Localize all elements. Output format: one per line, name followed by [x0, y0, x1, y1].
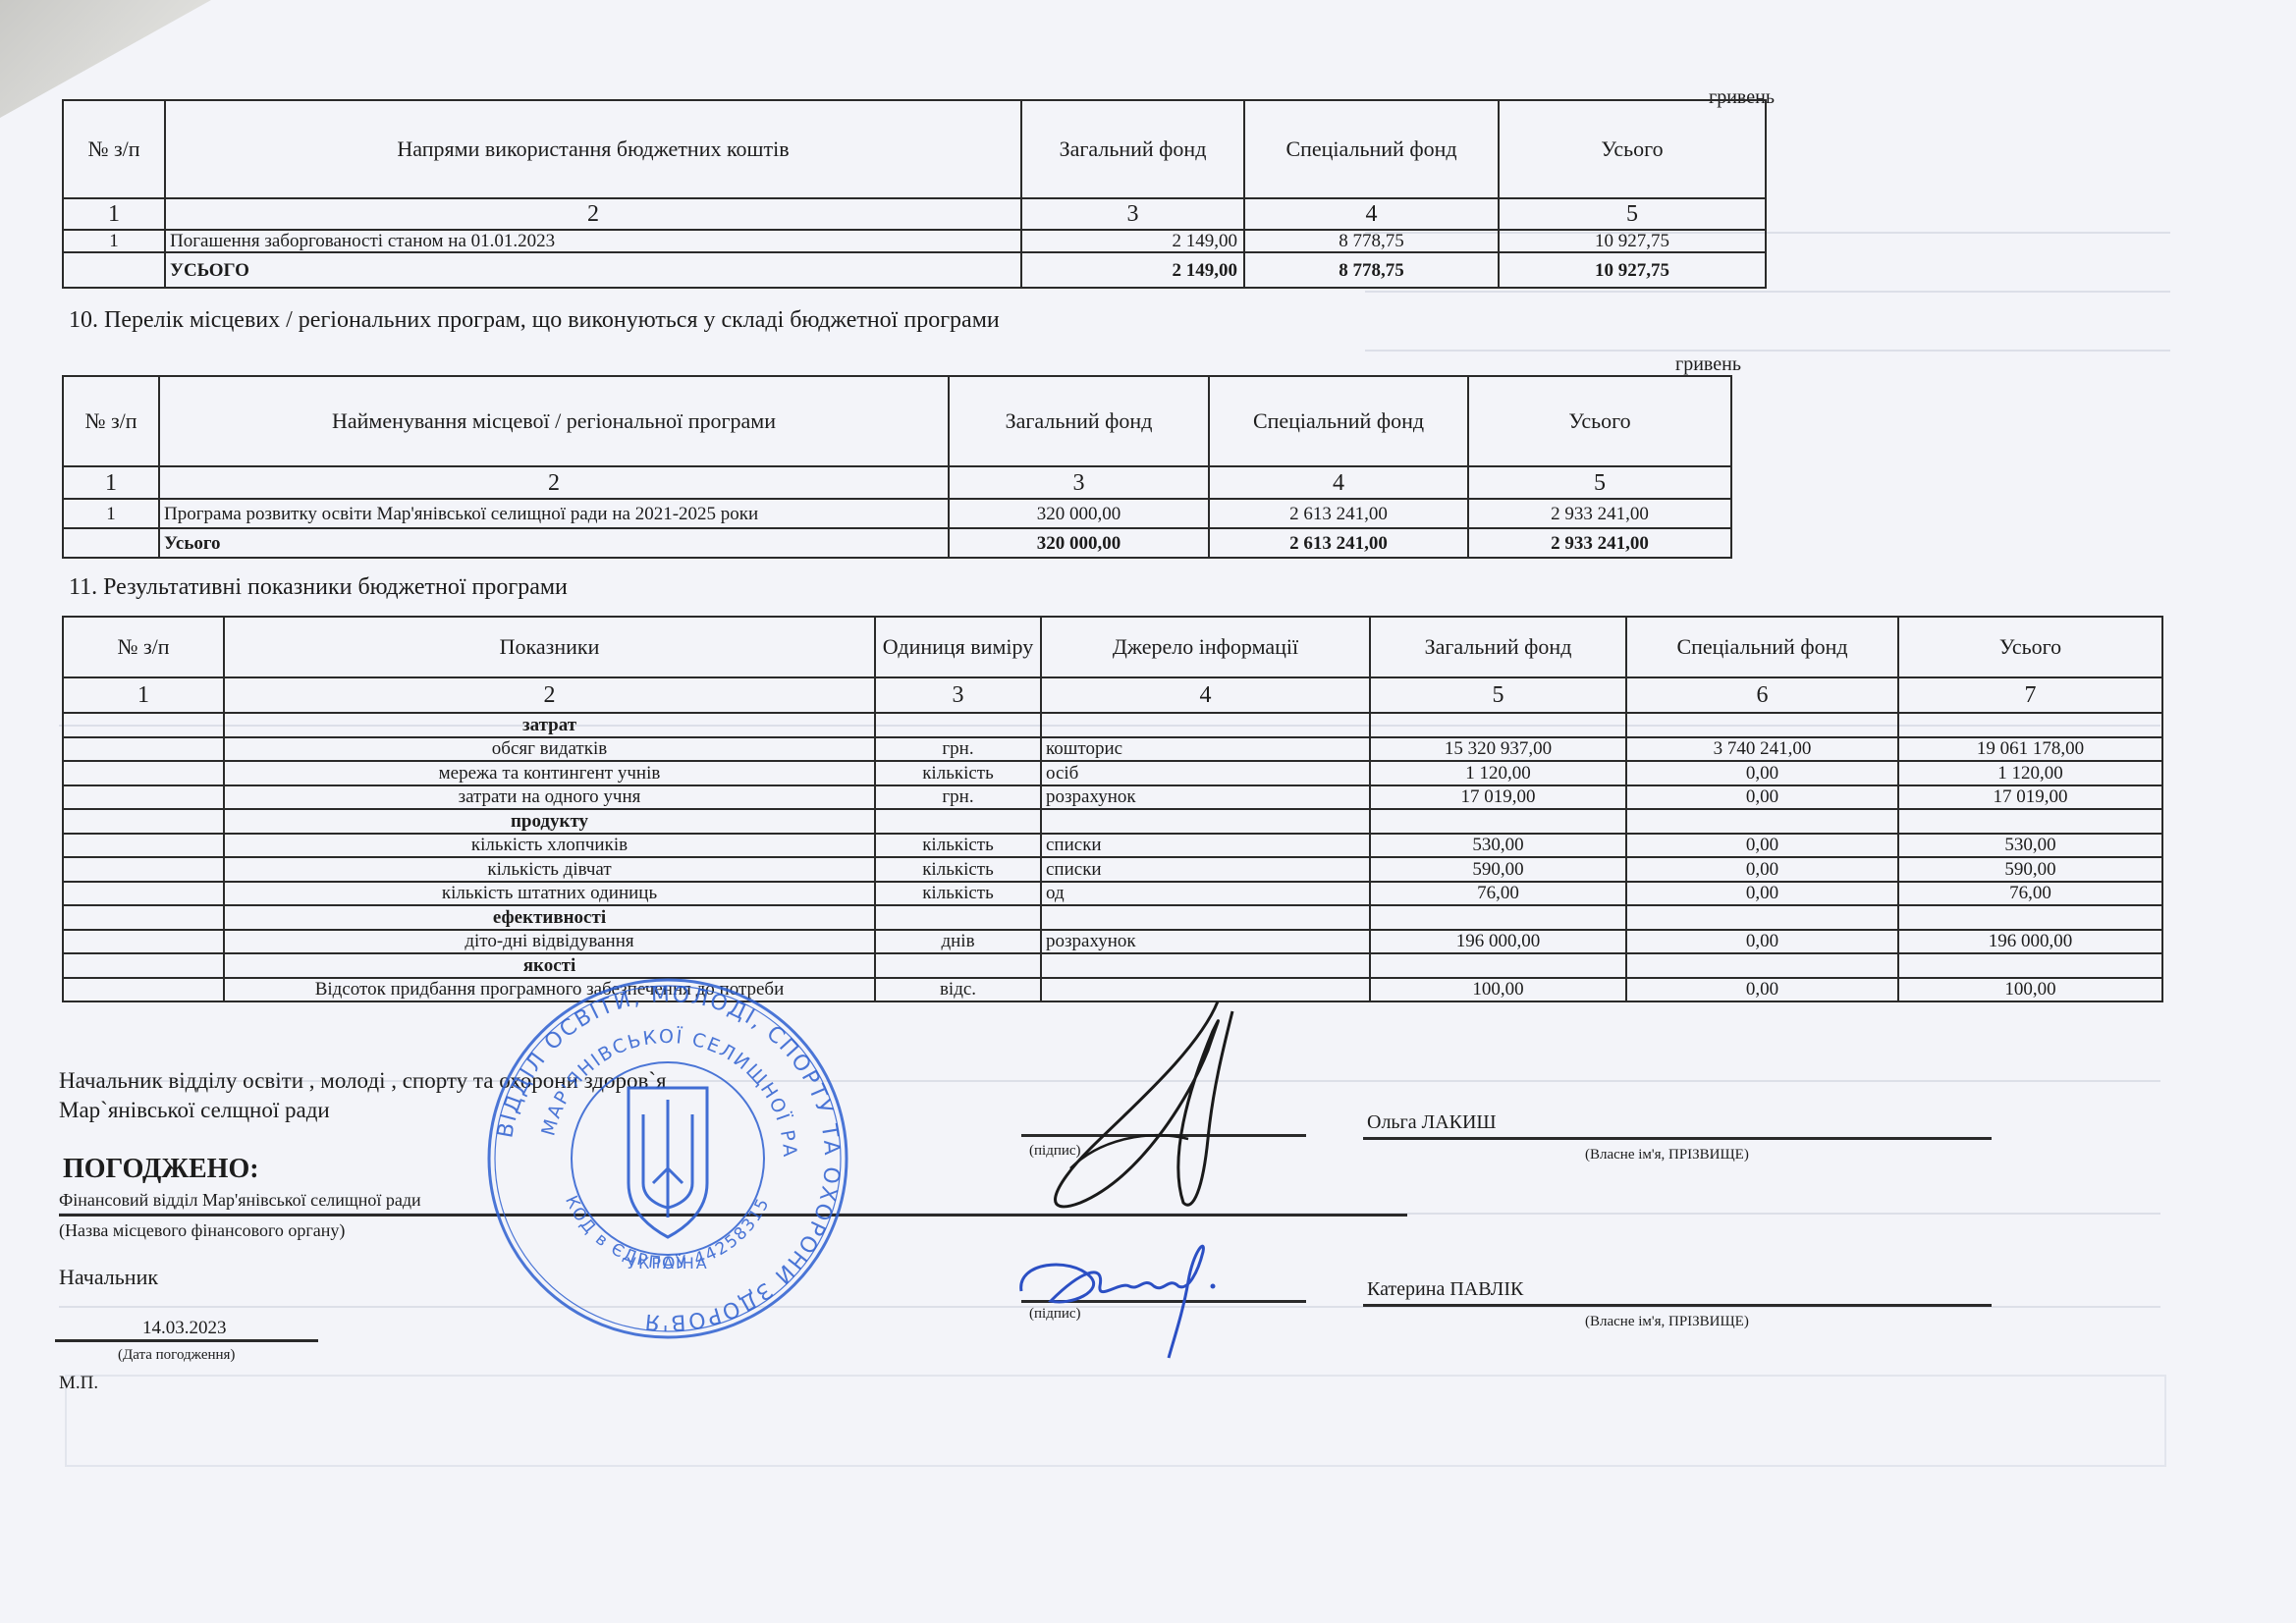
- total-value: 10 927,75: [1499, 230, 1766, 252]
- empty-cell: [1626, 713, 1898, 737]
- column-number: 1: [63, 198, 165, 230]
- table-header-row: № з/п Найменування місцевої / регіональн…: [63, 376, 1731, 466]
- info-source: списки: [1041, 857, 1370, 882]
- general-fund-value: 76,00: [1370, 882, 1626, 906]
- general-fund-total: 2 149,00: [1021, 252, 1244, 288]
- indicator-name: мережа та контингент учнів: [224, 761, 875, 785]
- info-source: розрахунок: [1041, 785, 1370, 810]
- column-header: № з/п: [63, 100, 165, 198]
- column-header: Усього: [1898, 617, 2162, 677]
- row-number: 1: [63, 230, 165, 252]
- column-header: Спеціальний фонд: [1626, 617, 1898, 677]
- general-fund-value: 590,00: [1370, 857, 1626, 882]
- finance-org-name: Фінансовий відділ Мар'янівської селищної…: [59, 1190, 421, 1211]
- column-number: 6: [1626, 677, 1898, 713]
- indicator-name: кількість дівчат: [224, 857, 875, 882]
- info-source: од: [1041, 882, 1370, 906]
- section-11-title: 11. Результативні показники бюджетної пр…: [69, 574, 568, 601]
- column-number-row: 1 2 3 4 5: [63, 198, 1766, 230]
- column-header: Загальний фонд: [1021, 100, 1244, 198]
- general-fund-value: 2 149,00: [1021, 230, 1244, 252]
- indicator-group-name: продукту: [224, 809, 875, 834]
- empty-cell: [1370, 713, 1626, 737]
- table-row: обсяг видатківгрн.кошторис15 320 937,003…: [63, 737, 2162, 762]
- bleed-through-line: [1365, 291, 2170, 293]
- empty-cell: [1370, 953, 1626, 978]
- column-header: Напрями використання бюджетних коштів: [165, 100, 1021, 198]
- empty-cell: [1626, 953, 1898, 978]
- empty-cell: [63, 713, 224, 737]
- unit-of-measure: кількість: [875, 882, 1041, 906]
- table-row: кількість штатних одиницькількістьод76,0…: [63, 882, 2162, 906]
- empty-cell: [1041, 809, 1370, 834]
- name-line: [1363, 1304, 1992, 1307]
- general-fund-total: 320 000,00: [949, 528, 1209, 558]
- signature-pavlik-icon: [1011, 1232, 1247, 1360]
- official-stamp-icon: ВІДДІЛ ОСВІТИ, МОЛОДІ, СПОРТУ ТА ОХОРОНИ…: [481, 972, 854, 1345]
- empty-cell: [63, 809, 224, 834]
- empty-cell: [1626, 905, 1898, 930]
- indicator-name: діто-дні відвідування: [224, 930, 875, 954]
- column-header: Найменування місцевої / регіональної про…: [159, 376, 949, 466]
- head-title-line2: Мар`янівської селщної ради: [59, 1098, 330, 1123]
- table-row: затрати на одного учнягрн.розрахунок17 0…: [63, 785, 2162, 810]
- total-value: 19 061 178,00: [1898, 737, 2162, 762]
- table-row: 1 Програма розвитку освіти Мар'янівської…: [63, 499, 1731, 528]
- special-fund-value: 2 613 241,00: [1209, 499, 1468, 528]
- empty-cell: [875, 905, 1041, 930]
- empty-cell: [1041, 905, 1370, 930]
- total-value: 17 019,00: [1898, 785, 2162, 810]
- general-fund-value: 196 000,00: [1370, 930, 1626, 954]
- empty-cell: [63, 737, 224, 762]
- empty-cell: [1370, 905, 1626, 930]
- indicator-group-row: якості: [63, 953, 2162, 978]
- column-header: № з/п: [63, 617, 224, 677]
- indicator-group-row: ефективності: [63, 905, 2162, 930]
- column-number: 1: [63, 466, 159, 499]
- empty-cell: [63, 528, 159, 558]
- column-number: 4: [1244, 198, 1499, 230]
- empty-cell: [63, 252, 165, 288]
- column-header: Усього: [1468, 376, 1731, 466]
- special-fund-value: 3 740 241,00: [1626, 737, 1898, 762]
- empty-cell: [63, 761, 224, 785]
- special-fund-value: 0,00: [1626, 930, 1898, 954]
- column-header: Усього: [1499, 100, 1766, 198]
- column-number: 5: [1499, 198, 1766, 230]
- indicator-name: затрати на одного учня: [224, 785, 875, 810]
- column-number: 2: [159, 466, 949, 499]
- general-fund-value: 1 120,00: [1370, 761, 1626, 785]
- finance-org-caption: (Назва місцевого фінансового органу): [59, 1220, 345, 1241]
- table-row: 1 Погашення заборгованості станом на 01.…: [63, 230, 1766, 252]
- column-header: № з/п: [63, 376, 159, 466]
- empty-cell: [63, 857, 224, 882]
- column-header: Джерело інформації: [1041, 617, 1370, 677]
- general-fund-value: 320 000,00: [949, 499, 1209, 528]
- indicator-name: кількість штатних одиниць: [224, 882, 875, 906]
- chief-label: Начальник: [59, 1265, 158, 1290]
- special-fund-value: 0,00: [1626, 978, 1898, 1002]
- special-fund-total: 8 778,75: [1244, 252, 1499, 288]
- indicator-group-row: затрат: [63, 713, 2162, 737]
- indicator-group-name: затрат: [224, 713, 875, 737]
- table-header-row: № з/п Напрями використання бюджетних кош…: [63, 100, 1766, 198]
- empty-cell: [1898, 953, 2162, 978]
- table-row: кількість хлопчиківкількістьсписки530,00…: [63, 834, 2162, 858]
- column-header: Загальний фонд: [1370, 617, 1626, 677]
- performance-indicators-table: № з/п Показники Одиниця виміру Джерело і…: [62, 616, 2163, 1002]
- empty-cell: [63, 785, 224, 810]
- bleed-through-line: [1365, 350, 2170, 352]
- info-source: кошторис: [1041, 737, 1370, 762]
- currency-unit-label: гривень: [1675, 353, 1741, 376]
- agreement-date: 14.03.2023: [142, 1318, 227, 1339]
- special-fund-value: 8 778,75: [1244, 230, 1499, 252]
- column-number: 3: [875, 677, 1041, 713]
- direction-name: Погашення заборгованості станом на 01.01…: [165, 230, 1021, 252]
- empty-cell: [1898, 809, 2162, 834]
- total-value: 1 120,00: [1898, 761, 2162, 785]
- name-caption: (Власне ім'я, ПРІЗВИЩЕ): [1585, 1314, 1749, 1330]
- row-number: 1: [63, 499, 159, 528]
- column-number: 5: [1468, 466, 1731, 499]
- empty-cell: [63, 930, 224, 954]
- special-fund-value: 0,00: [1626, 882, 1898, 906]
- info-source: осіб: [1041, 761, 1370, 785]
- indicator-name: кількість хлопчиків: [224, 834, 875, 858]
- column-header: Загальний фонд: [949, 376, 1209, 466]
- seal-label: М.П.: [59, 1373, 98, 1394]
- total-value: 100,00: [1898, 978, 2162, 1002]
- empty-cell: [63, 882, 224, 906]
- grand-total: 2 933 241,00: [1468, 528, 1731, 558]
- section-10-title: 10. Перелік місцевих / регіональних прог…: [69, 307, 1000, 334]
- empty-cell: [1898, 713, 2162, 737]
- column-number: 3: [949, 466, 1209, 499]
- info-source: списки: [1041, 834, 1370, 858]
- total-label: УСЬОГО: [165, 252, 1021, 288]
- grand-total: 10 927,75: [1499, 252, 1766, 288]
- column-number: 7: [1898, 677, 2162, 713]
- empty-cell: [875, 713, 1041, 737]
- column-number: 1: [63, 677, 224, 713]
- general-fund-value: 15 320 937,00: [1370, 737, 1626, 762]
- budget-directions-table: № з/п Напрями використання бюджетних кош…: [62, 99, 1767, 289]
- indicator-group-row: продукту: [63, 809, 2162, 834]
- total-value: 2 933 241,00: [1468, 499, 1731, 528]
- empty-cell: [63, 978, 224, 1002]
- empty-cell: [63, 953, 224, 978]
- special-fund-value: 0,00: [1626, 857, 1898, 882]
- info-source: розрахунок: [1041, 930, 1370, 954]
- indicators-body: затратобсяг видатківгрн.кошторис15 320 9…: [63, 713, 2162, 1001]
- total-value: 76,00: [1898, 882, 2162, 906]
- unit-of-measure: кількість: [875, 834, 1041, 858]
- column-number: 4: [1041, 677, 1370, 713]
- general-fund-value: 530,00: [1370, 834, 1626, 858]
- total-value: 590,00: [1898, 857, 2162, 882]
- empty-cell: [1370, 809, 1626, 834]
- total-label: Усього: [159, 528, 949, 558]
- unit-of-measure: грн.: [875, 737, 1041, 762]
- column-number: 4: [1209, 466, 1468, 499]
- column-header: Спеціальний фонд: [1209, 376, 1468, 466]
- special-fund-value: 0,00: [1626, 761, 1898, 785]
- general-fund-value: 100,00: [1370, 978, 1626, 1002]
- column-number: 5: [1370, 677, 1626, 713]
- empty-cell: [1041, 713, 1370, 737]
- table-header-row: № з/п Показники Одиниця виміру Джерело і…: [63, 617, 2162, 677]
- column-header: Спеціальний фонд: [1244, 100, 1499, 198]
- column-number-row: 1 2 3 4 5 6 7: [63, 677, 2162, 713]
- unit-of-measure: днів: [875, 930, 1041, 954]
- special-fund-total: 2 613 241,00: [1209, 528, 1468, 558]
- column-number: 3: [1021, 198, 1244, 230]
- general-fund-value: 17 019,00: [1370, 785, 1626, 810]
- indicator-group-name: ефективності: [224, 905, 875, 930]
- table-row: кількість дівчаткількістьсписки590,000,0…: [63, 857, 2162, 882]
- total-value: 196 000,00: [1898, 930, 2162, 954]
- svg-text:УКРАЇНА: УКРАЇНА: [627, 1254, 708, 1272]
- unit-of-measure: грн.: [875, 785, 1041, 810]
- local-programs-table: № з/п Найменування місцевої / регіональн…: [62, 375, 1732, 559]
- column-number-row: 1 2 3 4 5: [63, 466, 1731, 499]
- unit-of-measure: кількість: [875, 761, 1041, 785]
- table-row: діто-дні відвідуваннядніврозрахунок196 0…: [63, 930, 2162, 954]
- date-line: [55, 1339, 318, 1342]
- unit-of-measure: кількість: [875, 857, 1041, 882]
- empty-cell: [63, 905, 224, 930]
- empty-cell: [1626, 809, 1898, 834]
- empty-cell: [875, 809, 1041, 834]
- bleed-through-box: [65, 1375, 2166, 1467]
- table-total-row: УСЬОГО 2 149,00 8 778,75 10 927,75: [63, 252, 1766, 288]
- signature-lakysh-icon: [1011, 992, 1267, 1217]
- empty-cell: [1898, 905, 2162, 930]
- name-caption: (Власне ім'я, ПРІЗВИЩЕ): [1585, 1147, 1749, 1163]
- signer2-name: Катерина ПАВЛІК: [1367, 1278, 1523, 1301]
- column-number: 2: [165, 198, 1021, 230]
- total-value: 530,00: [1898, 834, 2162, 858]
- name-line: [1363, 1137, 1992, 1140]
- column-number: 2: [224, 677, 875, 713]
- empty-cell: [875, 953, 1041, 978]
- agreed-label: ПОГОДЖЕНО:: [63, 1154, 259, 1185]
- program-name: Програма розвитку освіти Мар'янівської с…: [159, 499, 949, 528]
- special-fund-value: 0,00: [1626, 785, 1898, 810]
- empty-cell: [63, 834, 224, 858]
- empty-cell: [1041, 953, 1370, 978]
- agreement-date-caption: (Дата погодження): [118, 1347, 235, 1364]
- indicator-name: обсяг видатків: [224, 737, 875, 762]
- signer1-name: Ольга ЛАКИШ: [1367, 1111, 1497, 1134]
- column-header: Показники: [224, 617, 875, 677]
- table-row: мережа та контингент учнівкількістьосіб1…: [63, 761, 2162, 785]
- column-header: Одиниця виміру: [875, 617, 1041, 677]
- table-total-row: Усього 320 000,00 2 613 241,00 2 933 241…: [63, 528, 1731, 558]
- special-fund-value: 0,00: [1626, 834, 1898, 858]
